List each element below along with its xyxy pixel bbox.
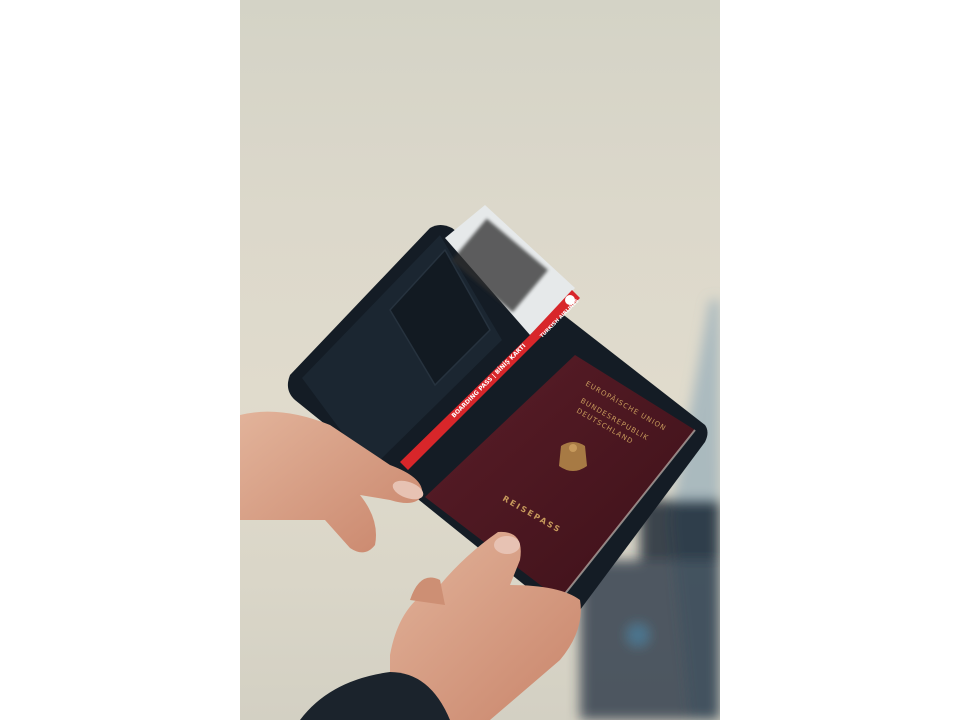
photo-scene: BOARDING PASS | BİNİŞ KARTI TURKISH AIRL… [240,0,720,720]
eagle-emblem-icon [559,442,587,471]
photo: BOARDING PASS | BİNİŞ KARTI TURKISH AIRL… [240,0,720,720]
